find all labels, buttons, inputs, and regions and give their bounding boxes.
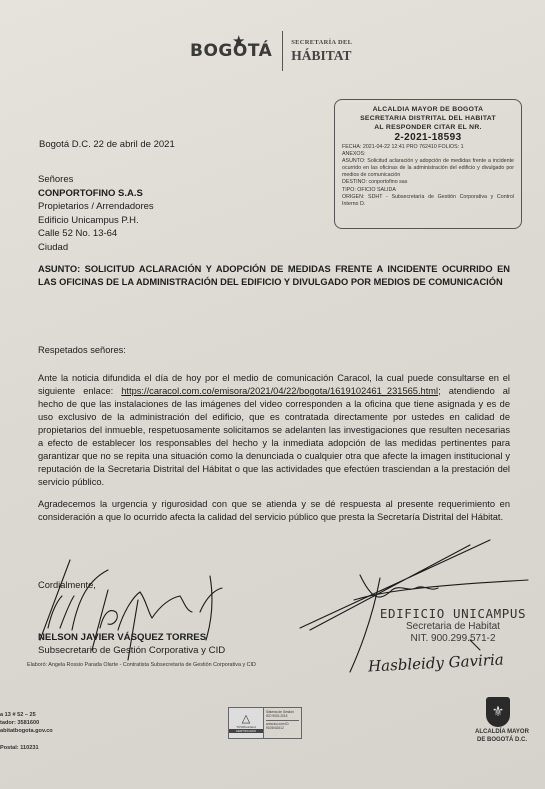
stamp-line1: ALCALDIA MAYOR DE BOGOTA xyxy=(342,105,514,114)
footer-postal: Postal: 110231 xyxy=(0,745,39,751)
cert-line2: www.tuv.com ID 9105042412 xyxy=(266,720,299,730)
alcaldia-label: ALCALDÍA MAYOR DE BOGOTÁ D.C. xyxy=(470,729,534,744)
receiver-sub: Secretaria de Habitat xyxy=(378,621,528,633)
filing-stamp: ALCALDIA MAYOR DE BOGOTA SECRETARIA DIST… xyxy=(334,99,522,229)
closing: Cordialmente, xyxy=(38,580,96,590)
logo-secretaria: SECRETARÍA DEL HÁBITAT xyxy=(291,40,352,62)
star-icon: ★ xyxy=(232,32,245,50)
footer-web: abitatbogota.gov.co xyxy=(0,727,53,735)
stamp-anexos: ANEXOS: xyxy=(342,151,514,158)
stamp-asunto: ASUNTO: Solicitud aclaración y adopción … xyxy=(342,158,514,179)
logo-divider xyxy=(282,31,283,71)
receiver-name: EDIFICIO UNICAMPUS xyxy=(378,606,528,621)
signer-title: Subsecretario de Gestión Corporativa y C… xyxy=(38,645,225,656)
alcaldia-label-1: ALCALDÍA MAYOR xyxy=(470,729,534,737)
receiver-stamp: EDIFICIO UNICAMPUS Secretaria de Habitat… xyxy=(378,606,528,645)
addressee-block: Señores CONPORTOFINO S.A.S Propietarios … xyxy=(38,173,154,254)
prepared-by-note: Elaboró: Angela Rossio Parada Olarte - C… xyxy=(27,662,256,668)
footer-contact: a 13 # 52 – 25 tador: 3581600 abitatbogo… xyxy=(0,711,53,735)
stamp-line2: SECRETARIA DISTRITAL DEL HABITAT xyxy=(342,114,514,123)
addressee-line3: Calle 52 No. 13-64 xyxy=(38,227,154,241)
para1-text-b: ; atendiendo al hecho de que las instala… xyxy=(38,386,510,487)
addressee-company: CONPORTOFINO S.A.S xyxy=(38,187,154,201)
body-paragraph-2: Agradecemos la urgencia y rigurosidad co… xyxy=(38,498,510,524)
stamp-destino: DESTINO: conportofino sas xyxy=(342,179,514,186)
addressee-line4: Ciudad xyxy=(38,241,154,255)
signer-name: NELSON JAVIER VÁSQUEZ TORRES xyxy=(38,632,206,643)
receiver-handwritten-name: Hasbleidy Gaviria xyxy=(368,650,505,675)
addressee-line1: Propietarios / Arrendadores xyxy=(38,200,154,214)
greeting: Respetados señores: xyxy=(38,345,126,355)
stamp-line3: AL RESPONDER CITAR EL NR. xyxy=(342,123,514,132)
stamp-origen: ORIGEN: SDHT - Subsecretaría de Gestión … xyxy=(342,194,514,208)
cert-line1: Sistema de Gestión ISO 9001:2015 xyxy=(266,710,299,718)
stamp-fecha: FECHA: 2021-04-22 12:41 PRO 762410 FOLIO… xyxy=(342,144,514,151)
stamp-number: 2-2021-18593 xyxy=(342,132,514,144)
stamp-tipo: TIPO: OFICIO SALIDA xyxy=(342,187,514,194)
receiver-nit: NIT. 900.299.571-2 xyxy=(378,633,528,645)
cert-text: Sistema de Gestión ISO 9001:2015 www.tuv… xyxy=(264,708,301,738)
addressee-line2: Edificio Unicampus P.H. xyxy=(38,214,154,228)
alcaldia-label-2: DE BOGOTÁ D.C. xyxy=(470,737,534,745)
bogota-habitat-logo: BOGOTÁ ★ SECRETARÍA DEL HÁBITAT xyxy=(190,28,352,74)
body-paragraph-1: Ante la noticia difundida el día de hoy … xyxy=(38,372,510,489)
letter-date: Bogotá D.C. 22 de abril de 2021 xyxy=(39,139,175,150)
footer-conmutador: tador: 3581600 xyxy=(0,719,53,727)
tuv-logo: △ TÜVRheinland CERTIFICADO xyxy=(229,708,264,738)
subject-line: ASUNTO: SOLICITUD ACLARACIÓN Y ADOPCIÓN … xyxy=(38,263,510,289)
bogota-coat-of-arms-icon: ⚜ xyxy=(486,697,510,727)
addressee-salutation: Señores xyxy=(38,173,154,187)
logo-secretaria-small: SECRETARÍA DEL xyxy=(291,40,352,47)
caracol-news-link[interactable]: https://caracol.com.co/emisora/2021/04/2… xyxy=(121,386,438,396)
cert-badge-label: CERTIFICADO xyxy=(229,729,263,733)
footer-address: a 13 # 52 – 25 xyxy=(0,711,53,719)
logo-secretaria-big: HÁBITAT xyxy=(291,49,352,63)
tuv-triangle-icon: △ xyxy=(242,714,250,725)
iso-certification-badge: △ TÜVRheinland CERTIFICADO Sistema de Ge… xyxy=(228,707,302,739)
